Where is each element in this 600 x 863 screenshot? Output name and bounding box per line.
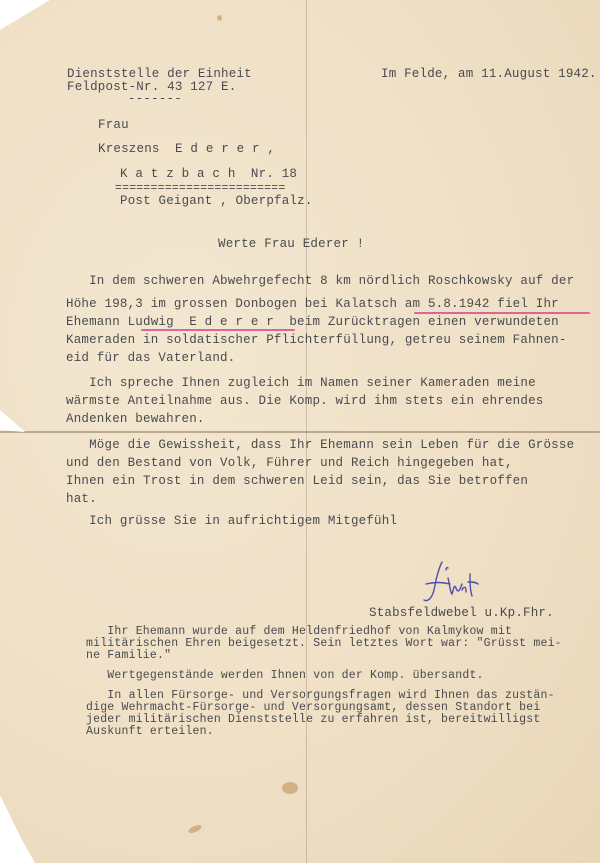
- ps-p1-line: ne Familie.": [86, 650, 171, 662]
- signer-title: Stabsfeldwebel u.Kp.Fhr.: [369, 605, 554, 621]
- name-highlight-underline: [141, 329, 295, 331]
- closing: Ich grüsse Sie in aufrichtigem Mitgefühl: [66, 513, 397, 529]
- recipient-street: K a t z b a c h Nr. 18: [120, 166, 297, 182]
- body-p2-line: Ich spreche Ihnen zugleich im Namen sein…: [66, 375, 536, 391]
- stain: [282, 782, 298, 794]
- recipient-name: Kreszens E d e r e r ,: [98, 141, 275, 157]
- body-p1-line: Kameraden in soldatischer Pflichterfüllu…: [66, 332, 567, 348]
- recipient-title: Frau: [98, 117, 129, 133]
- body-p3-line: Möge die Gewissheit, dass Ihr Ehemann se…: [66, 437, 574, 453]
- letter-paper: Dienststelle der Einheit Feldpost-Nr. 43…: [0, 0, 600, 863]
- horizontal-fold: [0, 431, 600, 433]
- body-p1-line: In dem schweren Abwehrgefecht 8 km nördl…: [66, 273, 574, 289]
- body-p1-line: Ehemann Ludwig E d e r e r beim Zurücktr…: [66, 314, 559, 330]
- handwritten-signature: [420, 560, 480, 605]
- body-p1-line: eid für das Vaterland.: [66, 350, 235, 366]
- body-p2-line: wärmste Anteilnahme aus. Die Komp. wird …: [66, 393, 543, 409]
- body-p3-line: und den Bestand von Volk, Führer und Rei…: [66, 455, 513, 471]
- recipient-post: Post Geigant , Oberpfalz.: [120, 193, 313, 209]
- stain: [217, 15, 222, 21]
- sender-rule: -------: [128, 91, 182, 107]
- date-highlight-underline: [414, 312, 590, 314]
- place-date: Im Felde, am 11.August 1942.: [381, 66, 597, 82]
- ps-p2: Wertgegenstände werden Ihnen von der Kom…: [86, 670, 484, 682]
- greeting: Werte Frau Ederer !: [218, 236, 364, 252]
- body-p3-line: hat.: [66, 491, 97, 507]
- body-p1-line: Höhe 198,3 im grossen Donbogen bei Kalat…: [66, 296, 559, 312]
- body-p3-line: Ihnen ein Trost in dem schweren Leid sei…: [66, 473, 528, 489]
- body-p2-line: Andenken bewahren.: [66, 411, 205, 427]
- stain: [187, 823, 202, 834]
- ps-p3-line: Auskunft erteilen.: [86, 726, 214, 738]
